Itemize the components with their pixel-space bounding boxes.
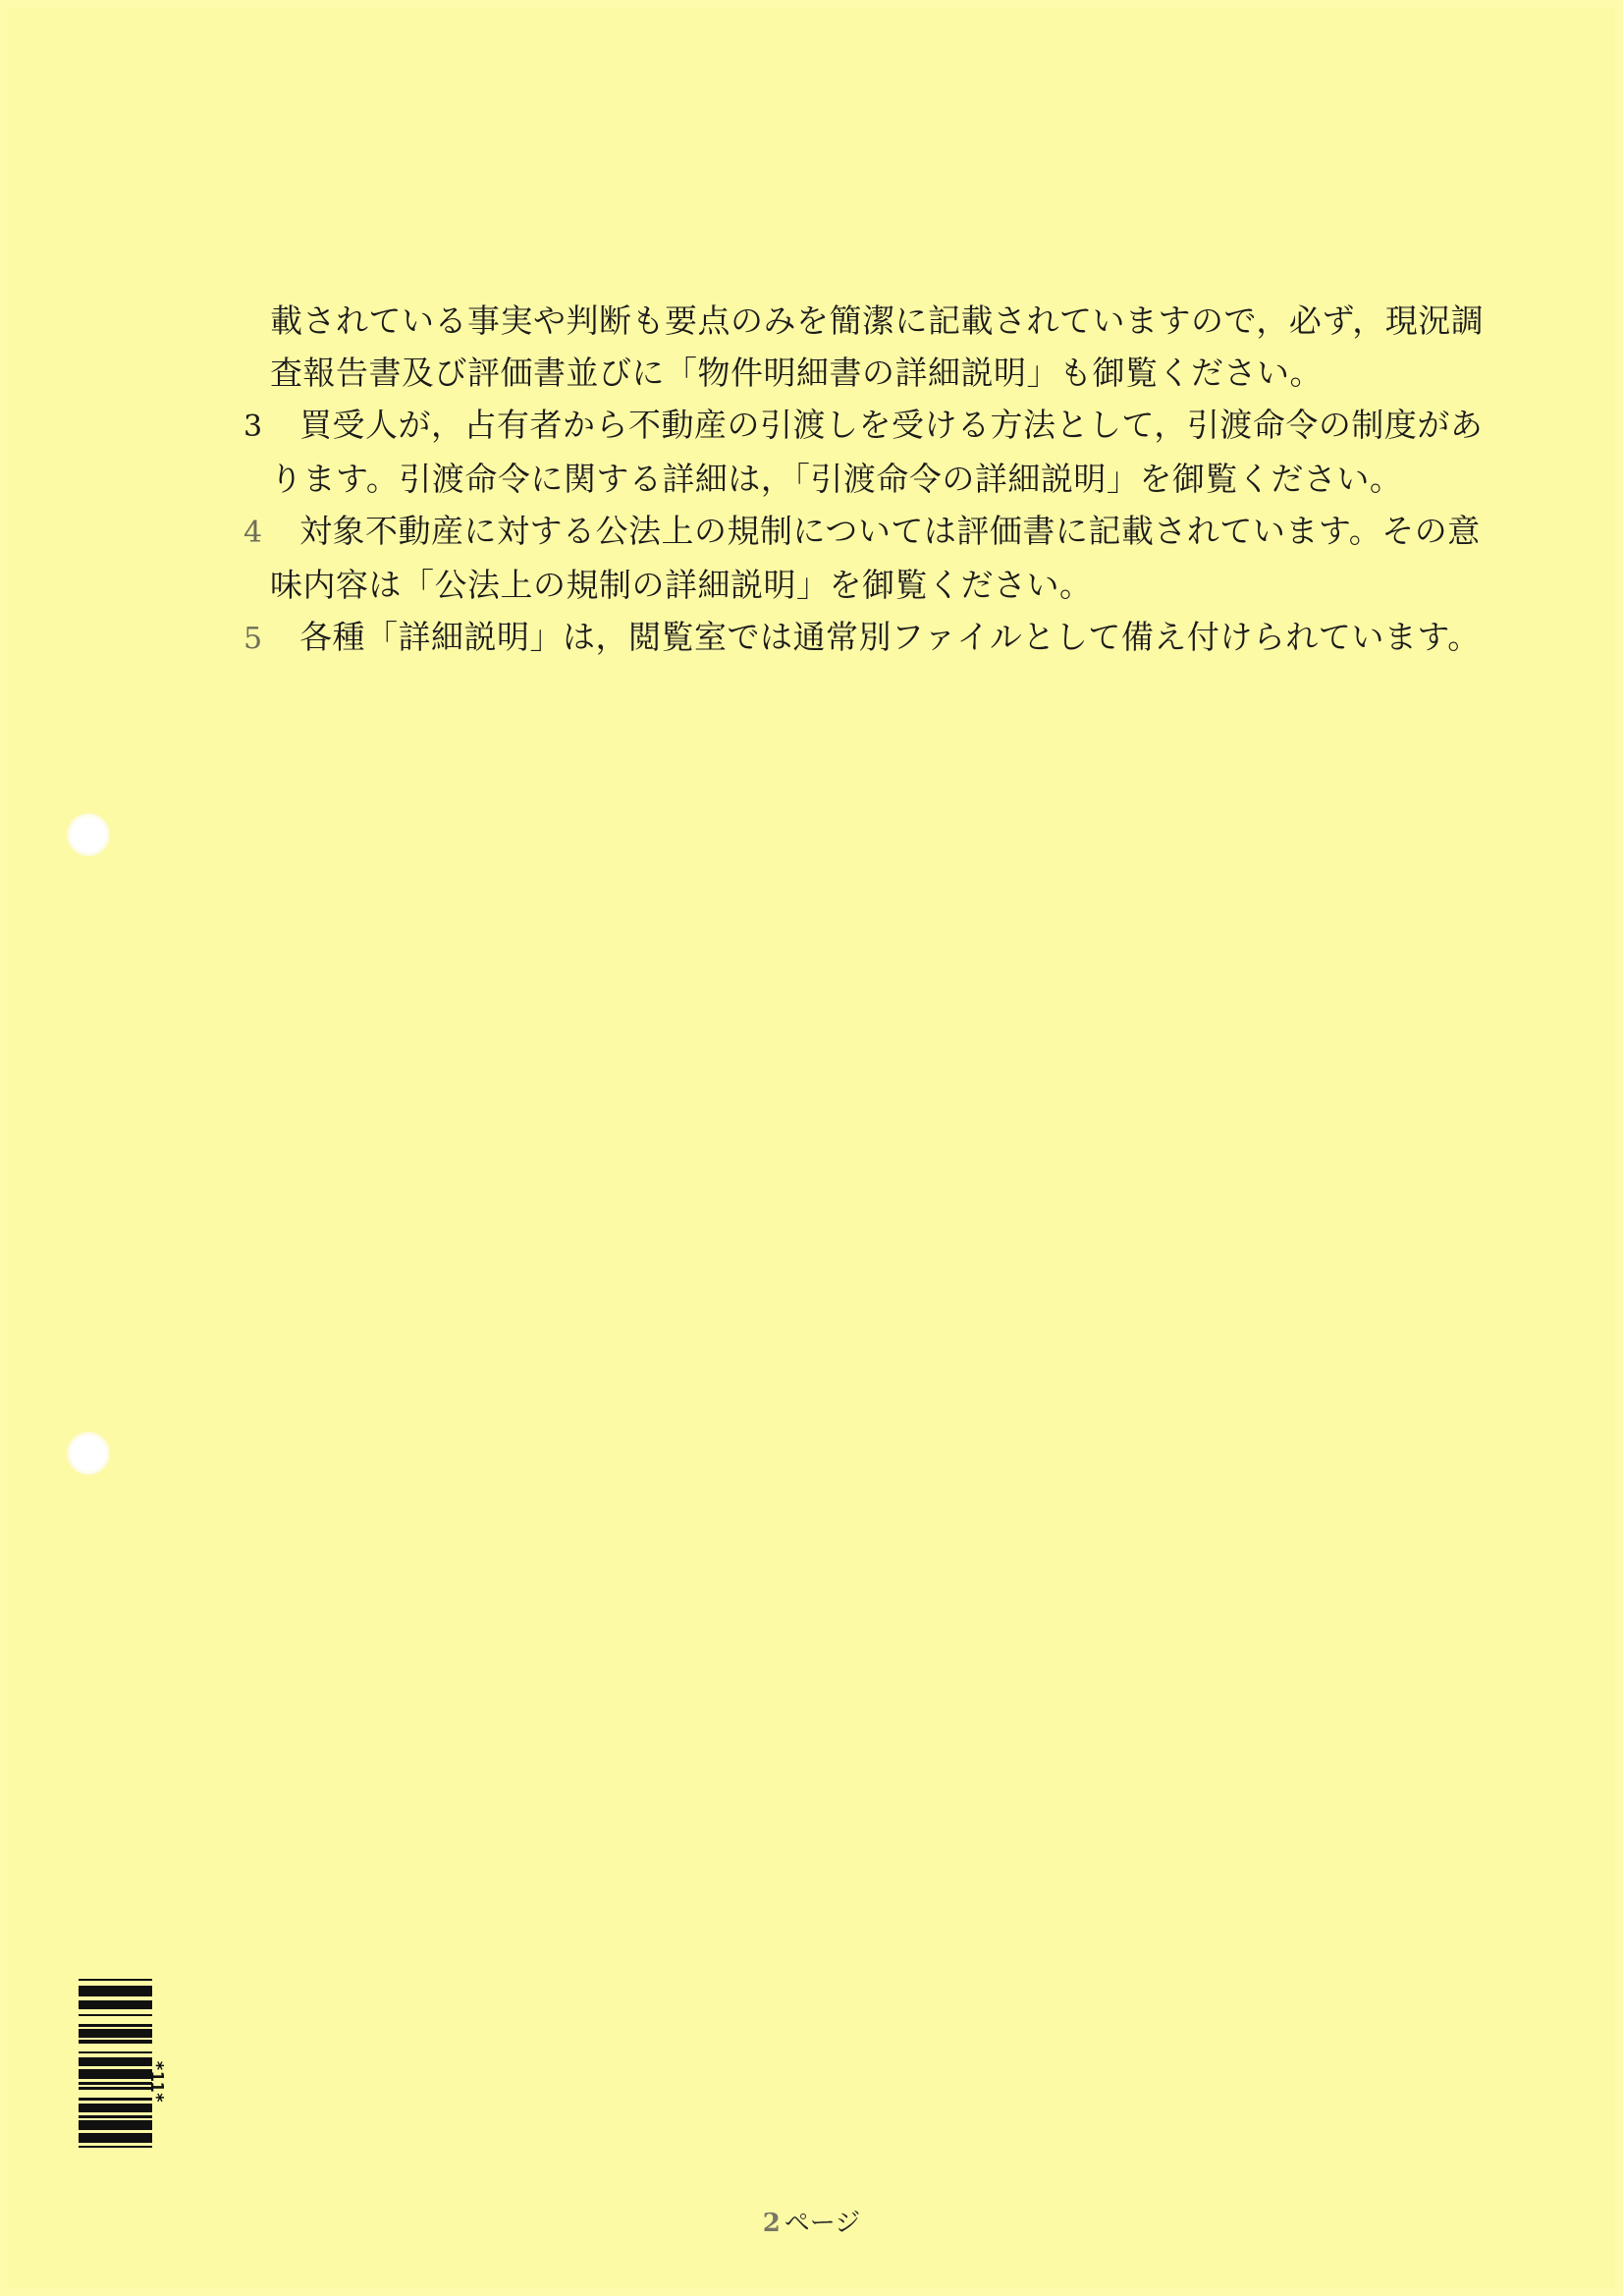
barcode-label: *11* <box>146 2060 167 2103</box>
punch-hole-bottom <box>67 1432 110 1475</box>
item-number: 5 <box>243 613 299 665</box>
paragraph-item-4: 4対象不動産に対する公法上の規制については評価書に記載されています。その意 味内… <box>243 505 1461 611</box>
barcode <box>79 1979 152 2148</box>
text-line: ります。引渡命令に関する詳細は，「引渡命令の詳細説明」を御覧ください。 <box>243 453 1461 505</box>
paragraph-item-5: 5各種「詳細説明」は，閲覧室では通常別ファイルとして備え付けられています。 <box>243 611 1461 665</box>
text-line: 各種「詳細説明」は，閲覧室では通常別ファイルとして備え付けられています。 <box>299 618 1481 656</box>
page-suffix: ページ <box>784 2209 860 2238</box>
page-number: 2 <box>763 2209 781 2238</box>
paragraph-item-3: 3買受人が，占有者から不動産の引渡しを受ける方法として，引渡命令の制度があ りま… <box>243 399 1461 505</box>
page-footer: 2ページ <box>0 2203 1623 2239</box>
document-body: 載されている事実や判断も要点のみを簡潔に記載されていますので，必ず，現況調 査報… <box>243 295 1461 665</box>
text-line: 査報告書及び評価書並びに「物件明細書の詳細説明」も御覧ください。 <box>243 347 1461 399</box>
text-line: 味内容は「公法上の規制の詳細説明」を御覧ください。 <box>243 559 1461 611</box>
text-line: 載されている事実や判断も要点のみを簡潔に記載されていますので，必ず，現況調 <box>243 295 1461 347</box>
text-line: 買受人が，占有者から不動産の引渡しを受ける方法として，引渡命令の制度があ <box>299 406 1483 444</box>
punch-hole-top <box>67 813 110 856</box>
item-number: 4 <box>243 507 299 559</box>
item-number: 3 <box>243 401 299 453</box>
paragraph-continued: 載されている事実や判断も要点のみを簡潔に記載されていますので，必ず，現況調 査報… <box>243 295 1461 399</box>
text-line: 対象不動産に対する公法上の規制については評価書に記載されています。その意 <box>299 512 1481 550</box>
